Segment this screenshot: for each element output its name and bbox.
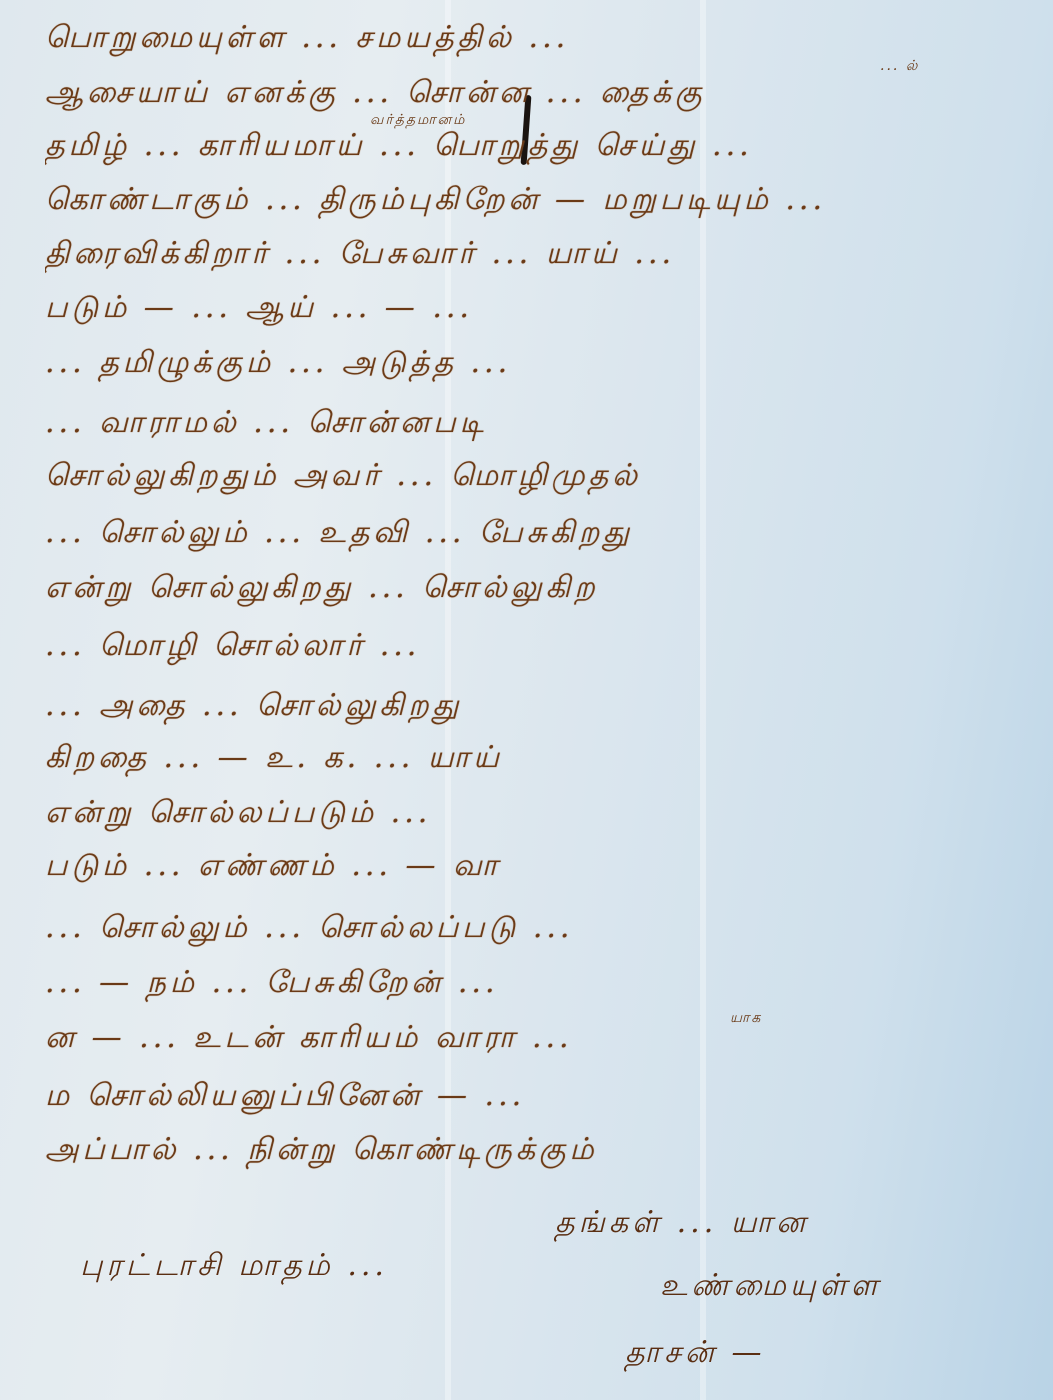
- handwritten-line: படும் — ... ஆய் ... — ...: [45, 290, 1033, 329]
- handwritten-line: கிறதை ... — உ. க. ... யாய்: [45, 740, 1033, 779]
- closing-date-line: புரட்டாசி மாதம் ...: [80, 1248, 388, 1287]
- handwritten-line: தமிழ் ... காரியமாய் ... பொறுத்து செய்து …: [45, 128, 1033, 167]
- handwritten-line: திரைவிக்கிறார் ... பேசுவார் ... யாய் ...: [45, 236, 1033, 275]
- handwritten-line: ம சொல்லியனுப்பினேன் — ...: [45, 1078, 1033, 1117]
- handwritten-line: ... சொல்லும் ... உதவி ... பேசுகிறது: [45, 515, 1033, 554]
- handwritten-line: ஆசையாய் எனக்கு ... சொன்ன ... தைக்கு: [45, 75, 1033, 114]
- handwritten-line: ... அதை ... சொல்லுகிறது: [45, 688, 1033, 727]
- signature-name: தாசன் —: [625, 1335, 765, 1374]
- handwritten-line: என்று சொல்லப்படும் ...: [45, 795, 1033, 834]
- handwritten-line: பொறுமையுள்ள ... சமயத்தில் ...: [45, 20, 1033, 59]
- handwritten-line: ... — நம் ... பேசுகிறேன் ...: [45, 965, 1033, 1004]
- handwritten-line: ... வாராமல் ... சொன்னபடி: [45, 405, 1033, 444]
- handwritten-line: என்று சொல்லுகிறது ... சொல்லுகிற: [45, 570, 1033, 609]
- handwritten-line: ... தமிழுக்கும் ... அடுத்த ...: [45, 345, 1033, 384]
- handwritten-line: கொண்டாகும் ... திரும்புகிறேன் — மறுபடியு…: [45, 182, 1033, 221]
- interlinear-note: யாக: [730, 1010, 762, 1028]
- signature-line: உண்மையுள்ள: [660, 1268, 882, 1307]
- handwritten-line: சொல்லுகிறதும் அவர் ... மொழிமுதல்: [45, 458, 1033, 497]
- interlinear-note: ... ல்: [880, 58, 919, 76]
- interlinear-note: வர்த்தமானம்: [370, 112, 466, 130]
- handwritten-line: ... மொழி சொல்லார் ...: [45, 628, 1033, 667]
- signature-line: தங்கள் ... யான: [555, 1205, 809, 1244]
- handwritten-line: ன — ... உடன் காரியம் வாரா ...: [45, 1020, 1033, 1059]
- handwritten-line: அப்பால் ... நின்று கொண்டிருக்கும்: [45, 1132, 1033, 1171]
- handwritten-line: ... சொல்லும் ... சொல்லப்படு ...: [45, 910, 1033, 949]
- handwritten-line: படும் ... எண்ணம் ... — வா: [45, 848, 1033, 887]
